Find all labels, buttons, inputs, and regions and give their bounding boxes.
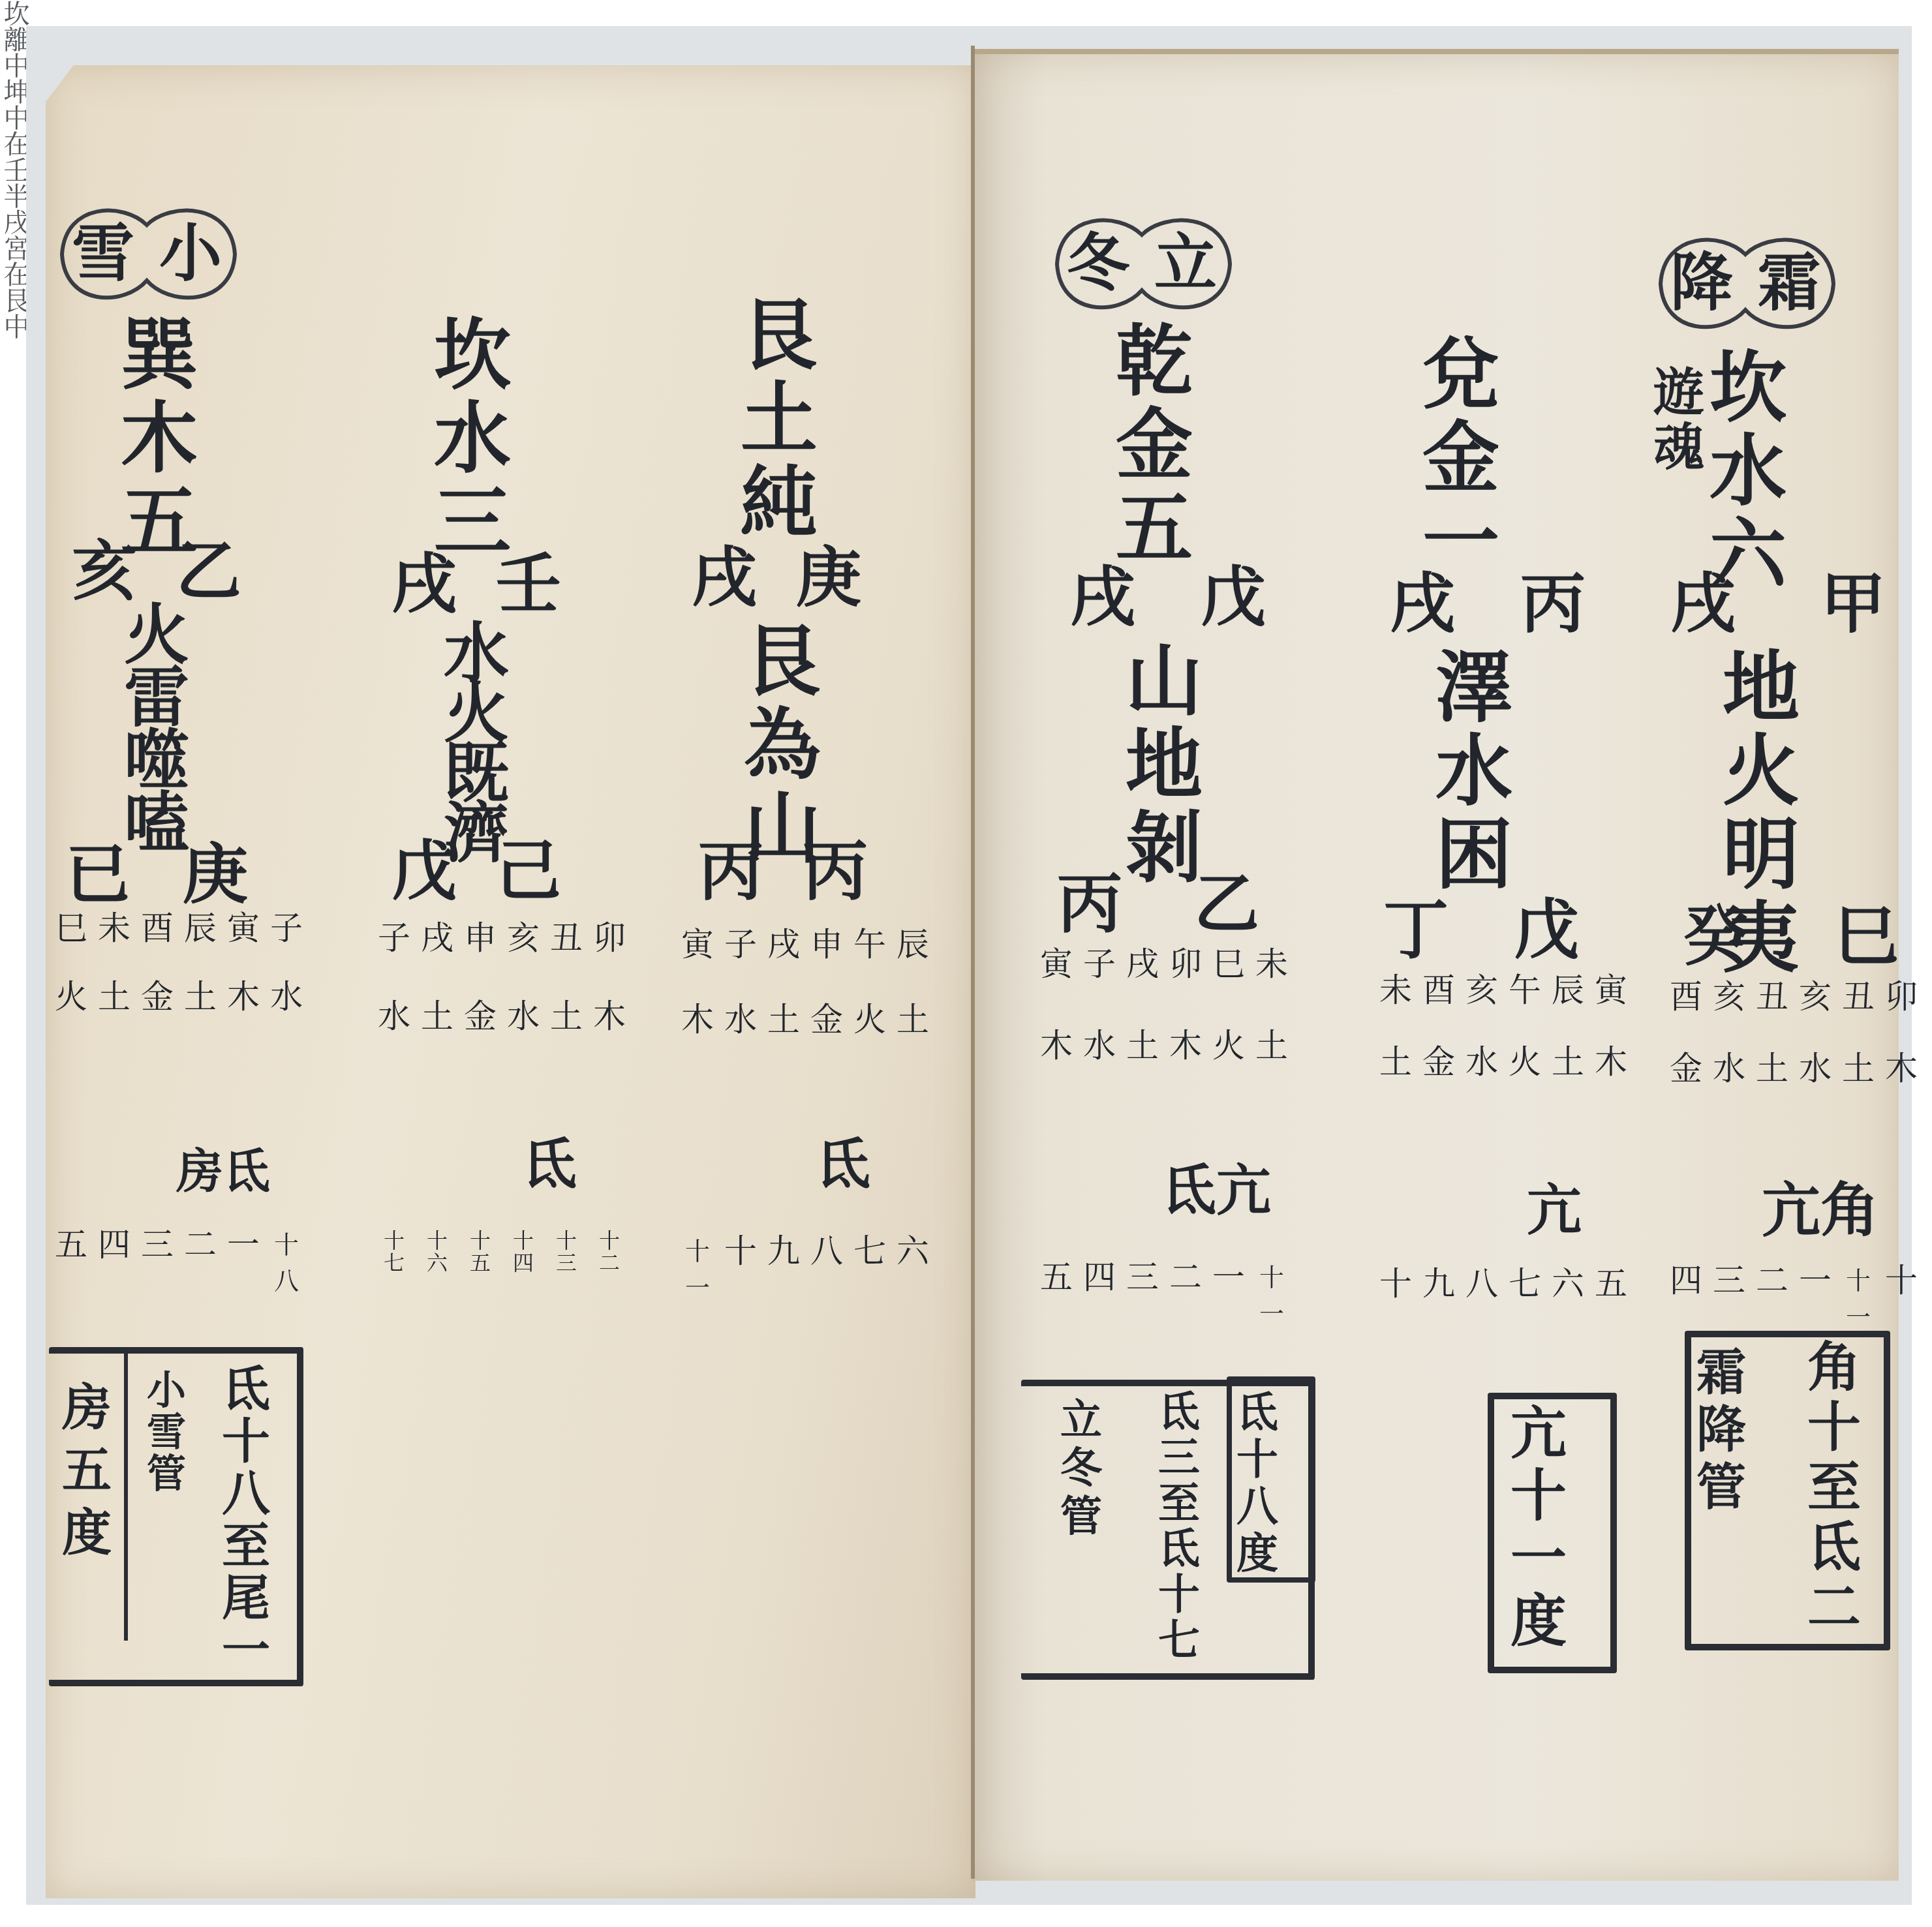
- element-char: 水: [375, 998, 413, 1035]
- branch-char: 亥: [1710, 979, 1748, 1015]
- trigram-char: 木: [121, 397, 198, 480]
- stem-char: 乙: [1194, 868, 1259, 939]
- element-char: 土: [1839, 1050, 1877, 1087]
- branches-row: 未 巳 卯 戌 子 寅: [1037, 946, 1291, 982]
- degree-char: 七: [1506, 1266, 1544, 1302]
- degree-char: 十二: [590, 1230, 628, 1274]
- trigram-char: 土: [741, 377, 818, 461]
- branches-row: 卯 丑 亥 丑 亥 酉: [1667, 979, 1920, 1015]
- range-box-outer-text: 房 五 度: [62, 1376, 112, 1564]
- range-box-label: 霜 降 管: [1696, 1344, 1746, 1516]
- branch-char: 子: [375, 920, 413, 956]
- stems-row-1: 庚 戌: [692, 541, 861, 613]
- box-char: 氐: [1158, 1526, 1200, 1572]
- degree-char: 一: [1210, 1259, 1248, 1332]
- box-char: 尾: [222, 1572, 270, 1624]
- box-char: 管: [147, 1453, 186, 1495]
- mansion-char: 氐: [816, 1129, 870, 1200]
- degree-char: 十: [1882, 1262, 1920, 1335]
- stems-row-1: 戊 戌: [1070, 561, 1266, 633]
- mansion-char: 氐: [522, 1129, 577, 1200]
- box-char: 管: [1060, 1493, 1102, 1541]
- degree-char: 六: [894, 1233, 932, 1306]
- mansions-row: 氐: [522, 1129, 577, 1200]
- degrees-row: 十一 一 二 三 四 五: [1037, 1259, 1291, 1332]
- range-box-divider: [124, 1354, 128, 1641]
- branch-char: 亥: [1463, 972, 1501, 1009]
- branch-char: 寅: [1592, 972, 1630, 1009]
- branch-char: 丑: [547, 920, 585, 956]
- degree-char: 七: [851, 1233, 889, 1306]
- element-char: 土: [181, 979, 219, 1015]
- stems-row-2: 丙 丙: [698, 835, 868, 907]
- hexagram-char: 明: [1723, 813, 1800, 896]
- degree-char: 五: [1592, 1266, 1630, 1302]
- hexagram-char: 為: [744, 703, 821, 787]
- element-char: 金: [1420, 1044, 1458, 1080]
- mansion-char: 亢: [1762, 1174, 1820, 1246]
- degree-char: 十七: [375, 1230, 413, 1274]
- degree-char: 五: [1037, 1259, 1075, 1332]
- stem-char: 戌: [692, 541, 757, 613]
- solar-term-badge-xiaoxue: 小 雪: [52, 199, 241, 310]
- element-char: 木: [1167, 1027, 1204, 1064]
- element-char: 水: [1081, 1027, 1118, 1064]
- box-char: 亢: [1510, 1403, 1567, 1465]
- degrees-row: 十 十一 一 二 三 四: [1667, 1262, 1920, 1335]
- stem-char: 癸: [1683, 900, 1749, 972]
- box-char: 七: [1158, 1618, 1200, 1663]
- hexagram-char: 地: [1126, 723, 1203, 806]
- element-char: 土: [894, 1001, 932, 1038]
- degree-char: 三: [1124, 1259, 1161, 1332]
- degree-char: 四: [1667, 1262, 1705, 1335]
- stem-char: 己: [496, 835, 561, 907]
- branch-char: 卯: [1167, 946, 1204, 982]
- degree-char: 五: [52, 1226, 90, 1299]
- degree-char: 十八: [268, 1226, 305, 1299]
- degrees-row: 六 七 八 九 十 十一: [679, 1233, 932, 1306]
- branch-char: 酉: [1420, 972, 1458, 1009]
- degree-char: 二: [1753, 1262, 1791, 1335]
- hexagram-char: 火: [1723, 729, 1800, 813]
- degrees-row: 十二 十三 十四 十五 十六 十七: [375, 1230, 628, 1274]
- element-char: 土: [1124, 1027, 1161, 1064]
- branch-char: 子: [722, 926, 759, 963]
- margin-annotation: 宮在: [0, 235, 29, 287]
- trigram-column: 坎 水 三: [434, 313, 511, 564]
- mansion-char: 房: [176, 1135, 223, 1207]
- branches-row: 卯 丑 亥 申 戌 子: [375, 920, 628, 956]
- branch-char: 寅: [1037, 946, 1075, 982]
- box-char: 至: [1158, 1481, 1200, 1526]
- elements-row: 土 火 木 土 水 木: [1037, 1027, 1291, 1064]
- degree-char: 十: [1377, 1266, 1415, 1302]
- hexagram-name: 水 火 既 濟: [444, 623, 509, 863]
- branches-row: 子 寅 辰 酉 未 巳: [52, 910, 305, 947]
- trigram-char: 兌: [1422, 333, 1499, 416]
- trigram-column: 坎 水 六: [1710, 346, 1786, 596]
- box-char: 度: [1510, 1590, 1567, 1653]
- branches-row: 寅 辰 午 亥 酉 未: [1377, 972, 1630, 1009]
- trigram-char: 坎: [1710, 346, 1786, 429]
- branch-char: 戌: [1124, 946, 1161, 982]
- mansions-row: 氐 房: [176, 1135, 270, 1207]
- branch-char: 丑: [1753, 979, 1791, 1015]
- mansions-row: 氐: [816, 1129, 870, 1200]
- stems-row-1: 壬 戌: [391, 548, 561, 620]
- stem-char: 已: [65, 838, 130, 910]
- solar-term-badge-lidong: 立 冬: [1047, 209, 1236, 320]
- box-char: 氐: [222, 1363, 270, 1416]
- branch-char: 申: [808, 926, 846, 963]
- branch-char: 亥: [504, 920, 542, 956]
- branch-char: 申: [461, 920, 499, 956]
- trigram-char: 乾: [1116, 320, 1193, 403]
- box-char: 一: [1510, 1528, 1567, 1590]
- element-char: 木: [679, 1001, 716, 1038]
- trigram-column: 巽 木 五: [121, 313, 198, 564]
- mansion-char: 亢: [1527, 1174, 1582, 1246]
- branch-char: 未: [1253, 946, 1291, 982]
- degree-char: 四: [1081, 1259, 1118, 1332]
- branch-char: 午: [851, 926, 889, 963]
- branch-char: 卯: [1882, 979, 1920, 1015]
- branch-char: 卯: [590, 920, 628, 956]
- element-char: 木: [1592, 1044, 1630, 1080]
- trigram-char: 坎: [434, 313, 511, 397]
- stem-char: 戌: [1070, 561, 1135, 633]
- trigram-column: 艮 土 純: [741, 294, 818, 544]
- margin-annotation: 艮中: [0, 287, 29, 339]
- elements-row: 木 土 火 水 金 土: [1377, 1044, 1630, 1080]
- branch-char: 辰: [181, 910, 219, 947]
- mansions-row: 亢 氐: [1161, 1155, 1271, 1226]
- mansions-row: 角 亢: [1762, 1174, 1879, 1246]
- element-char: 水: [1796, 1050, 1834, 1087]
- stem-char: 戊: [391, 835, 457, 907]
- degree-char: 六: [1549, 1266, 1587, 1302]
- degree-char: 二: [1167, 1259, 1204, 1332]
- side-note: 遊魂: [1638, 365, 1711, 475]
- element-char: 金: [1667, 1050, 1705, 1087]
- degree-char: 一: [1796, 1262, 1834, 1335]
- element-char: 木: [1037, 1027, 1075, 1064]
- degree-char: 九: [1420, 1266, 1458, 1302]
- solar-term-char: 降: [1670, 247, 1733, 318]
- trigram-char: 巽: [121, 313, 198, 397]
- trigram-char: 水: [434, 397, 511, 480]
- hexagram-char: 山: [1126, 639, 1203, 723]
- degree-char: 三: [1710, 1262, 1748, 1335]
- degree-char: 十一: [679, 1233, 716, 1306]
- element-char: 金: [461, 998, 499, 1035]
- stem-char: 甲: [1820, 568, 1886, 639]
- trigram-char: 金: [1116, 403, 1193, 487]
- range-box-outer-text: 氐 十 八 度: [1236, 1389, 1278, 1577]
- elements-row: 水 木 土 金 土 火: [52, 979, 305, 1015]
- stem-char: 丁: [1383, 894, 1449, 965]
- box-char: 十: [1510, 1465, 1567, 1528]
- element-char: 土: [1253, 1027, 1291, 1064]
- range-box-label: 小 雪 管: [147, 1370, 186, 1495]
- stem-char: 戌: [1390, 568, 1455, 639]
- box-char: 霜: [1696, 1344, 1746, 1401]
- hexagram-char: 艮: [744, 620, 821, 703]
- element-char: 土: [1377, 1044, 1415, 1080]
- solar-term-char: 雪: [72, 217, 134, 289]
- box-char: 立: [1060, 1396, 1102, 1444]
- element-char: 火: [851, 1001, 889, 1038]
- branch-char: 亥: [1796, 979, 1834, 1015]
- box-char: 十: [1807, 1397, 1861, 1457]
- box-char: 管: [1696, 1459, 1746, 1516]
- degree-char: 一: [224, 1226, 262, 1299]
- degree-char: 九: [765, 1233, 803, 1306]
- element-char: 土: [765, 1001, 803, 1038]
- range-box-label: 立 冬 管: [1060, 1396, 1102, 1541]
- degree-char: 十: [722, 1233, 759, 1306]
- box-char: 十: [222, 1416, 270, 1468]
- element-char: 土: [418, 998, 456, 1035]
- branch-char: 辰: [894, 926, 932, 963]
- box-char: 降: [1696, 1401, 1746, 1459]
- element-char: 土: [1549, 1044, 1587, 1080]
- box-char: 一: [222, 1624, 270, 1677]
- box-char: 三: [1158, 1435, 1200, 1481]
- box-char: 氐: [1236, 1389, 1278, 1436]
- solar-term-char: 立: [1154, 227, 1217, 299]
- degree-char: 三: [138, 1226, 176, 1299]
- elements-row: 木 土 水 金 土 水: [375, 998, 628, 1035]
- element-char: 水: [1463, 1044, 1501, 1080]
- element-char: 火: [52, 979, 90, 1015]
- box-char: 氐: [1158, 1389, 1200, 1435]
- degree-char: 八: [808, 1233, 846, 1306]
- branch-char: 丑: [1839, 979, 1877, 1015]
- element-char: 水: [1710, 1050, 1748, 1087]
- trigram-char: 水: [1710, 429, 1786, 513]
- hexagram-char: 噬: [124, 729, 189, 791]
- stem-char: 庚: [796, 541, 861, 613]
- box-char: 度: [1236, 1530, 1278, 1577]
- stem-char: 丙: [1057, 868, 1122, 939]
- margin-annotation: 坤中在: [0, 78, 29, 157]
- trigram-char: 金: [1422, 416, 1499, 500]
- element-char: 水: [268, 979, 305, 1015]
- branch-char: 子: [268, 910, 305, 947]
- box-char: 氐: [1807, 1517, 1861, 1577]
- degree-char: 十四: [504, 1230, 542, 1274]
- element-char: 土: [1753, 1050, 1791, 1087]
- stem-char: 壬: [496, 548, 561, 620]
- stem-char: 戌: [391, 548, 457, 620]
- trigram-char: 純: [741, 461, 818, 544]
- branch-char: 戌: [418, 920, 456, 956]
- hexagram-char: 雷: [124, 666, 189, 729]
- trigram-char: 艮: [741, 294, 818, 377]
- stems-row-2: 庚 已: [65, 838, 248, 910]
- element-char: 木: [1882, 1050, 1920, 1087]
- element-char: 木: [224, 979, 262, 1015]
- hexagram-name: 山 地 剝: [1126, 639, 1203, 890]
- hexagram-name: 火 雷 噬 嗑: [124, 603, 189, 854]
- box-char: 八: [222, 1468, 270, 1520]
- box-char: 至: [1807, 1457, 1861, 1517]
- element-char: 土: [547, 998, 585, 1035]
- box-char: 小: [147, 1370, 186, 1412]
- box-char: 二: [1807, 1577, 1861, 1637]
- stems-row-2: 乙 丙: [1057, 868, 1259, 939]
- degree-char: 四: [95, 1226, 133, 1299]
- mansion-char: 氐: [1161, 1155, 1216, 1226]
- margin-annotation: 坎離中: [0, 0, 29, 78]
- branch-char: 巳: [1210, 946, 1248, 982]
- trigram-column: 兌 金 一: [1422, 333, 1499, 583]
- stems-row-2: 巳 癸: [1683, 900, 1899, 972]
- box-char: 房: [62, 1376, 112, 1439]
- branch-char: 寅: [224, 910, 262, 947]
- trigram-char: 五: [1116, 487, 1193, 570]
- mansion-char: 氐: [223, 1135, 270, 1207]
- degree-char: 十三: [547, 1230, 585, 1274]
- box-char: 度: [62, 1502, 112, 1564]
- branch-char: 未: [95, 910, 133, 947]
- margin-annotation: 壬半: [0, 157, 29, 209]
- branch-char: 酉: [138, 910, 176, 947]
- branch-char: 寅: [679, 926, 716, 963]
- degree-char: 十一: [1839, 1262, 1877, 1335]
- branch-char: 辰: [1549, 972, 1587, 1009]
- degrees-row: 十八 一 二 三 四 五: [52, 1226, 305, 1299]
- elements-row: 土 火 金 土 水 木: [679, 1001, 932, 1038]
- stem-char: 戊: [1514, 894, 1579, 965]
- box-char: 至: [222, 1520, 270, 1572]
- branch-char: 未: [1377, 972, 1415, 1009]
- element-char: 水: [722, 1001, 759, 1038]
- degree-char: 十一: [1253, 1259, 1291, 1332]
- solar-term-char: 小: [159, 217, 222, 289]
- hexagram-char: 困: [1435, 813, 1512, 896]
- element-char: 木: [590, 998, 628, 1035]
- solar-term-char: 冬: [1067, 227, 1129, 299]
- element-char: 金: [138, 979, 176, 1015]
- stems-row-1: 甲 戌: [1670, 568, 1886, 639]
- branch-char: 巳: [52, 910, 90, 947]
- box-char: 冬: [1060, 1444, 1102, 1493]
- range-box-main: 亢 十 一 度: [1510, 1403, 1567, 1653]
- degree-char: 二: [181, 1226, 219, 1299]
- element-char: 水: [504, 998, 542, 1035]
- book-spine: [971, 46, 975, 1879]
- box-char: 雪: [147, 1412, 186, 1453]
- mansion-char: 角: [1820, 1174, 1879, 1246]
- stem-char: 丙: [803, 835, 868, 907]
- branch-char: 子: [1081, 946, 1118, 982]
- stem-char: 戊: [1201, 561, 1266, 633]
- box-char: 八: [1236, 1483, 1278, 1530]
- range-box-main: 氐 十 八 至 尾 一: [222, 1363, 270, 1677]
- margin-annotation: 戌: [0, 209, 29, 235]
- element-char: 火: [1210, 1027, 1248, 1064]
- hexagram-char: 火: [124, 603, 189, 666]
- element-char: 金: [808, 1001, 846, 1038]
- branches-row: 辰 午 申 戌 子 寅: [679, 926, 932, 963]
- box-char: 五: [62, 1439, 112, 1502]
- solar-term-badge-shuangjiang: 霜 降: [1651, 228, 1840, 339]
- box-char: 十: [1158, 1572, 1200, 1618]
- stem-char: 丙: [698, 835, 763, 907]
- element-char: 火: [1506, 1044, 1544, 1080]
- box-char: 十: [1236, 1436, 1278, 1483]
- mansions-row: 亢: [1527, 1174, 1582, 1246]
- degree-char: 八: [1463, 1266, 1501, 1302]
- hexagram-char: 地: [1723, 646, 1800, 729]
- trigram-column: 乾 金 五: [1116, 320, 1193, 570]
- hexagram-name: 澤 水 困: [1435, 646, 1512, 896]
- stems-row-2: 戊 丁: [1383, 894, 1579, 965]
- branch-char: 酉: [1667, 979, 1705, 1015]
- degree-char: 十五: [461, 1230, 499, 1274]
- solar-term-char: 霜: [1758, 247, 1820, 318]
- box-char: 角: [1807, 1337, 1861, 1397]
- stems-row-1: 丙 戌: [1390, 568, 1586, 639]
- degree-char: 十六: [418, 1230, 456, 1274]
- branch-char: 午: [1506, 972, 1544, 1009]
- mansion-char: 亢: [1216, 1155, 1271, 1226]
- branch-char: 戌: [765, 926, 803, 963]
- stem-char: 巳: [1833, 900, 1899, 972]
- range-box-main: 角 十 至 氐 二: [1807, 1337, 1861, 1637]
- elements-row: 木 土 水 土 水 金: [1667, 1050, 1920, 1087]
- stems-row-2: 己 戊: [391, 835, 561, 907]
- hexagram-char: 澤: [1435, 646, 1512, 729]
- stem-char: 戌: [1670, 568, 1736, 639]
- stem-char: 庚: [183, 838, 248, 910]
- element-char: 土: [95, 979, 133, 1015]
- hexagram-char: 水: [1435, 729, 1512, 813]
- range-box-main: 氐 三 至 氐 十 七: [1158, 1389, 1200, 1663]
- degrees-row: 五 六 七 八 九 十: [1377, 1266, 1630, 1302]
- stem-char: 丙: [1520, 568, 1586, 639]
